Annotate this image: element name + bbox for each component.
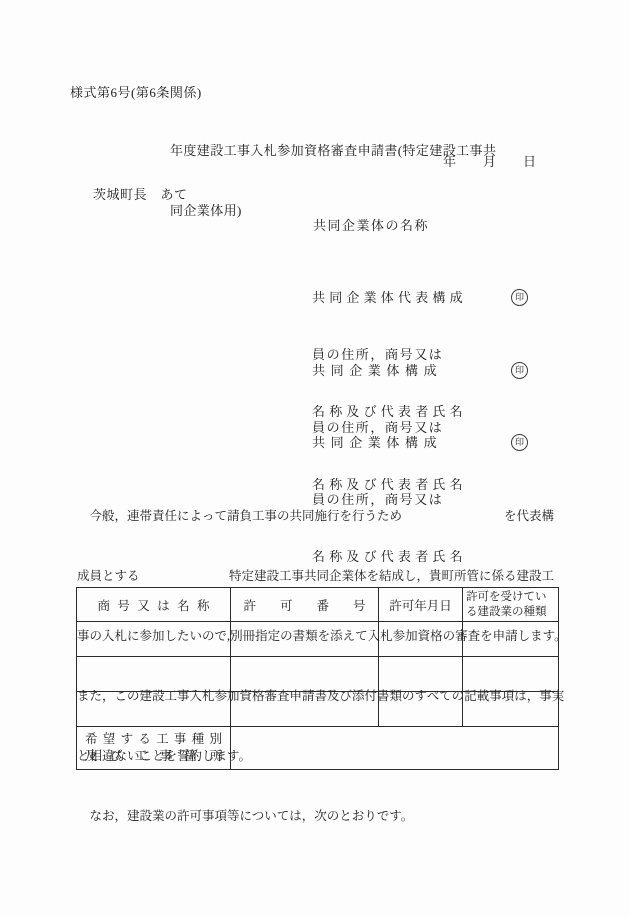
footer-value-cell bbox=[231, 727, 559, 770]
table-row-empty bbox=[77, 622, 559, 657]
table-row-empty bbox=[77, 692, 559, 727]
table-row-empty bbox=[77, 657, 559, 692]
body-line-2-pre: 成員とする bbox=[77, 566, 140, 586]
date-month-label: 月 bbox=[483, 154, 496, 169]
date-line: 年月日 bbox=[443, 151, 536, 170]
empty-cell bbox=[77, 622, 231, 657]
empty-cell bbox=[231, 657, 379, 692]
body-line-2-post: 特定建設工事共同企業体を結成し，貴町所管に係る建設工 bbox=[229, 566, 554, 586]
seal-mark: 印 bbox=[511, 362, 528, 379]
date-day-label: 日 bbox=[523, 154, 536, 169]
document-page: 様式第6号(第6条関係) 年度建設工事入札参加資格審査申請書(特定建設工事共 同… bbox=[0, 0, 630, 916]
footer-label-cell: 希望する工事種別 及び工事箇所 bbox=[77, 727, 231, 770]
member-block-line: 共同企業体代表構成 bbox=[312, 288, 467, 307]
permit-table: 商号又は名称 許可番号 許可年月日 許可を受けている建設業の種類 bbox=[76, 587, 559, 770]
empty-cell bbox=[231, 622, 379, 657]
table-footer-row: 希望する工事種別 及び工事箇所 bbox=[77, 727, 559, 770]
empty-cell bbox=[463, 692, 559, 727]
seal-mark: 印 bbox=[511, 434, 528, 451]
form-number: 様式第6号(第6条関係) bbox=[70, 82, 202, 101]
empty-cell bbox=[379, 657, 463, 692]
footer-label-line-1: 希望する工事種別 bbox=[85, 731, 222, 748]
member-block-line: 共同企業体構成 bbox=[312, 361, 467, 380]
header-permit-date: 許可年月日 bbox=[379, 588, 463, 622]
body-line-6: なお，建設業の許可事項等については，次のとおりです。 bbox=[77, 806, 554, 826]
empty-cell bbox=[379, 692, 463, 727]
date-year-label: 年 bbox=[443, 154, 456, 169]
empty-cell bbox=[463, 657, 559, 692]
jv-name-label: 共同企業体の名称 bbox=[313, 215, 429, 234]
empty-cell bbox=[379, 622, 463, 657]
header-licensed-types: 許可を受けている建設業の種類 bbox=[463, 588, 559, 622]
empty-cell bbox=[231, 692, 379, 727]
header-trade-name: 商号又は名称 bbox=[77, 588, 231, 622]
empty-cell bbox=[463, 622, 559, 657]
footer-label-line-2: 及び工事箇所 bbox=[85, 748, 222, 765]
table-header-row: 商号又は名称 許可番号 許可年月日 許可を受けている建設業の種類 bbox=[77, 588, 559, 622]
seal-mark: 印 bbox=[511, 289, 528, 306]
body-line-1-post: を代表構 bbox=[504, 506, 554, 526]
document-title: 年度建設工事入札参加資格審査申請書(特定建設工事共 同企業体用) bbox=[170, 101, 496, 261]
body-line-2: 成員とする 特定建設工事共同企業体を結成し，貴町所管に係る建設工 bbox=[77, 566, 554, 586]
body-line-1-pre: 今般，連帯責任によって請負工事の共同施行を行うため bbox=[77, 506, 402, 526]
header-permit-number: 許可番号 bbox=[231, 588, 379, 622]
empty-cell bbox=[77, 692, 231, 727]
body-line-1: 今般，連帯責任によって請負工事の共同施行を行うため を代表構 bbox=[77, 506, 554, 526]
member-block-line: 共同企業体構成 bbox=[312, 433, 467, 452]
empty-cell bbox=[77, 657, 231, 692]
addressee: 茨城町長 あて bbox=[93, 184, 188, 203]
